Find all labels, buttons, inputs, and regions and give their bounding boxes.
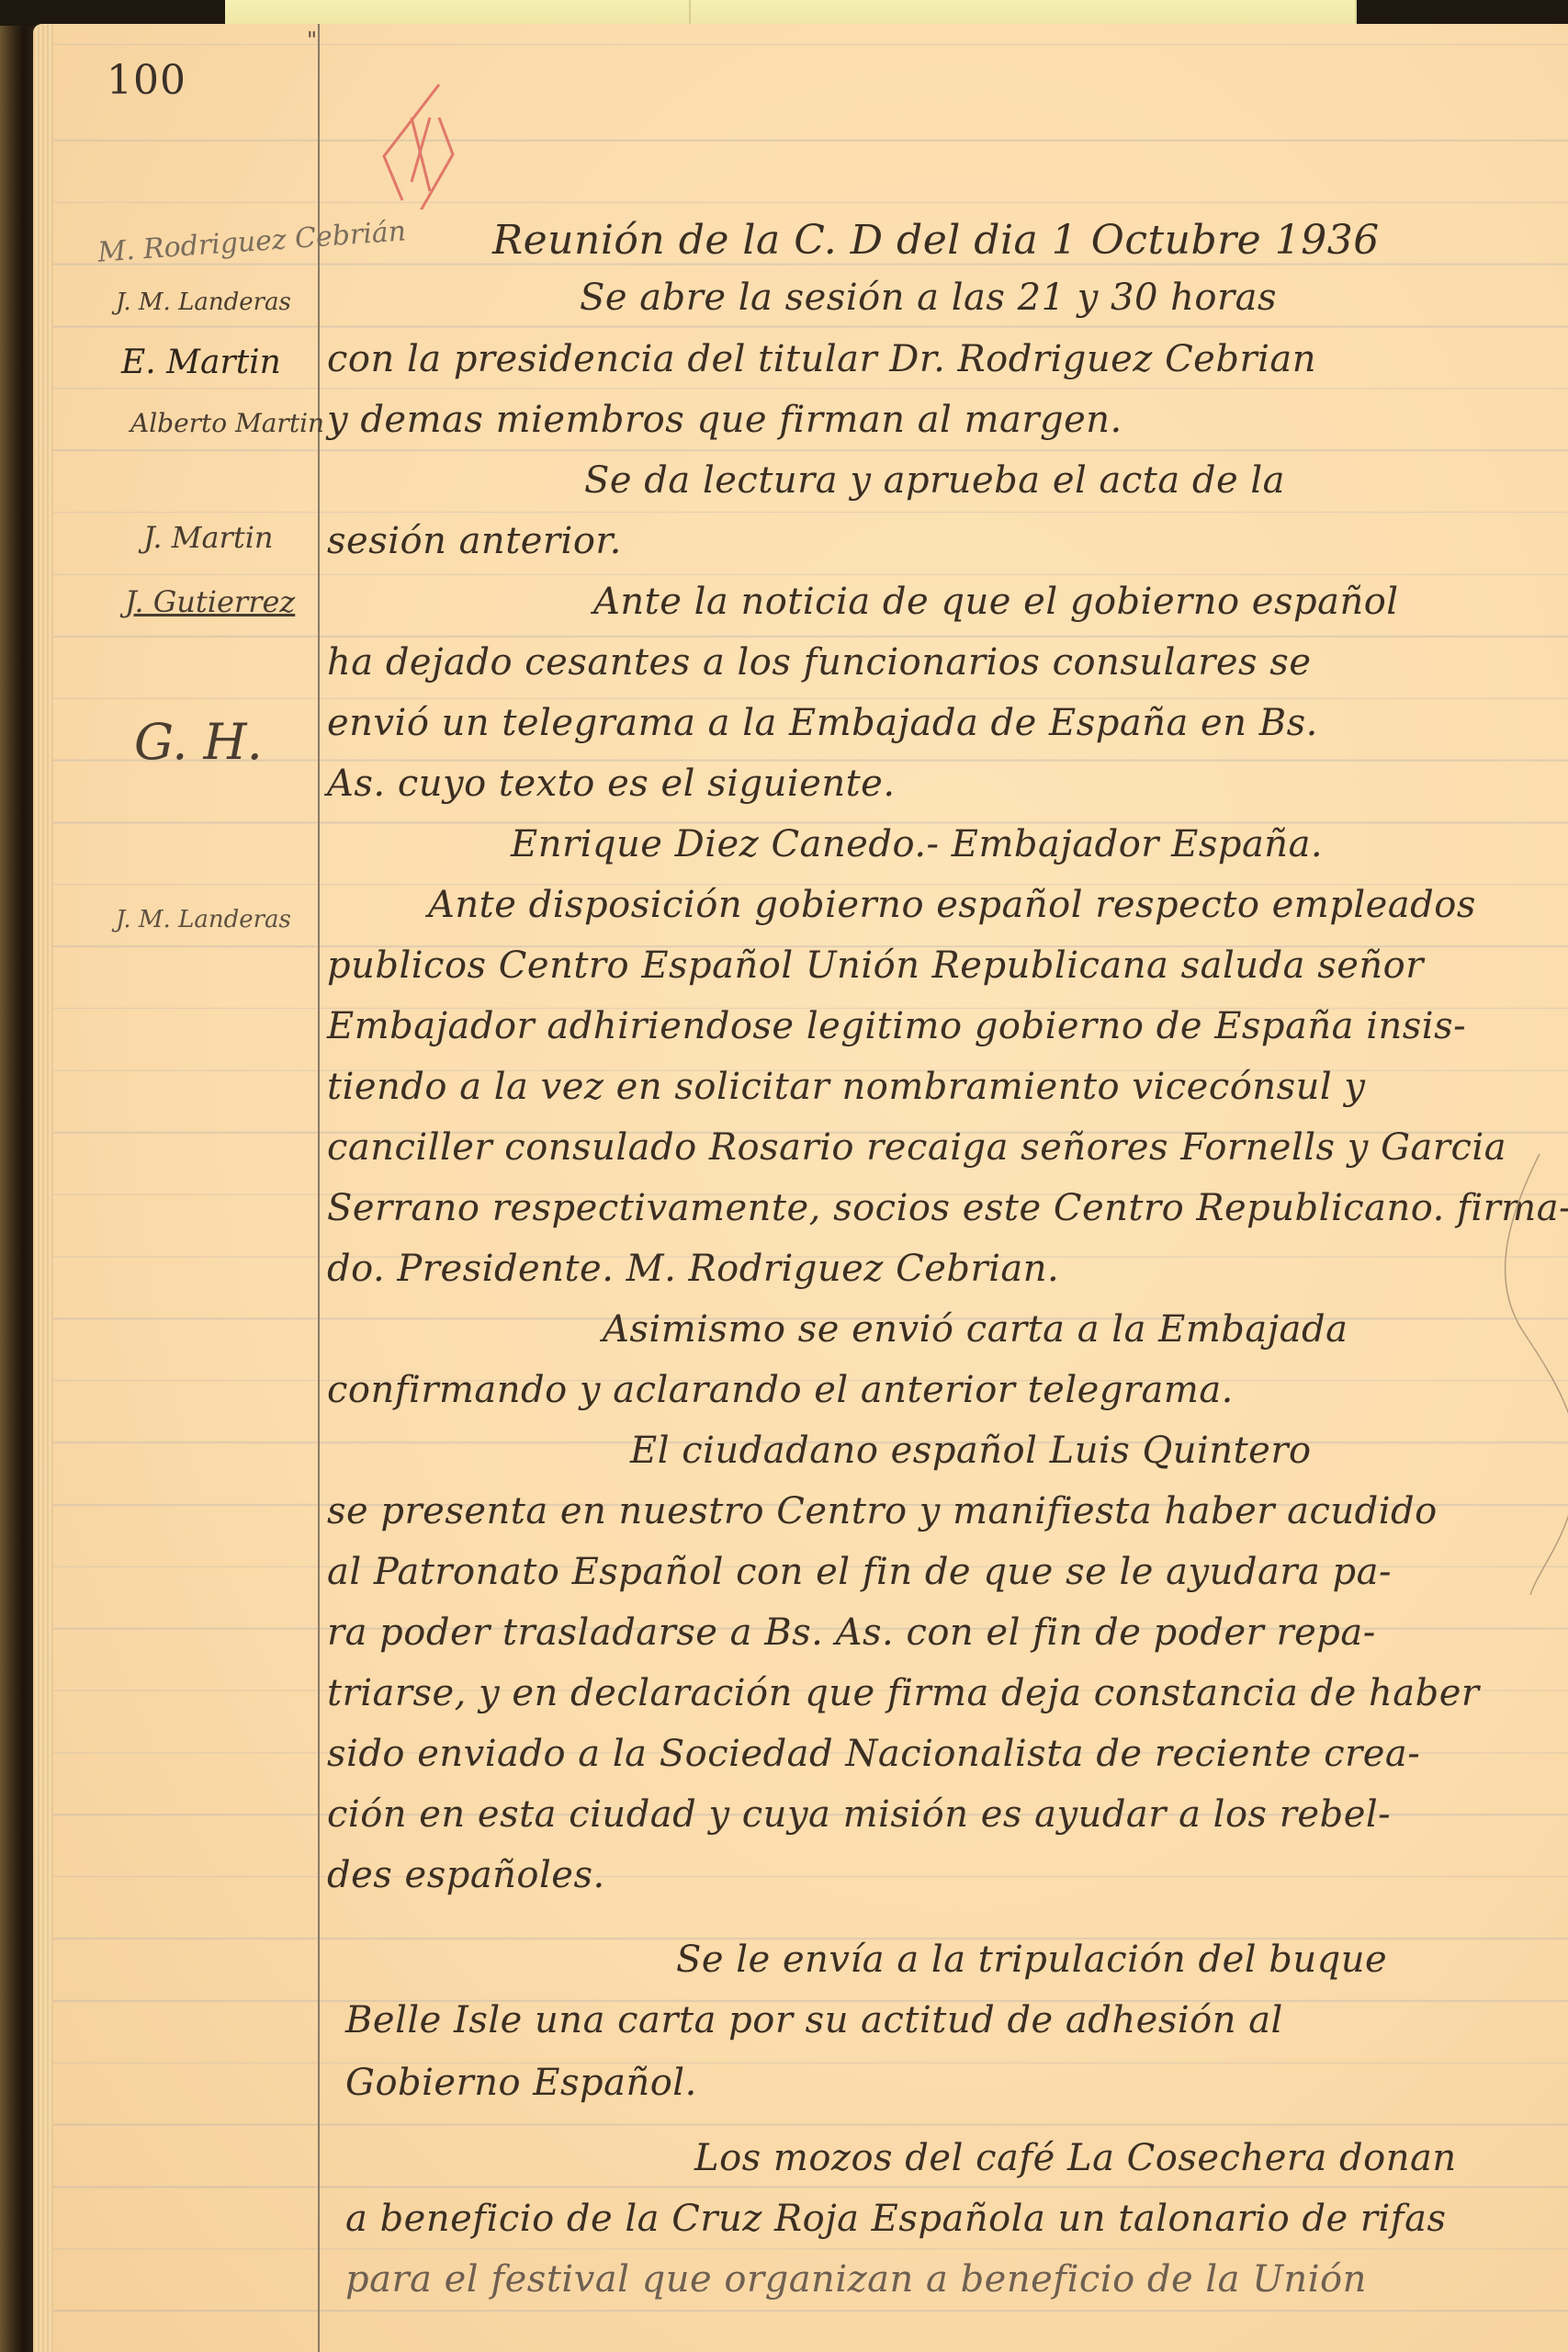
- background-strip: [0, 0, 1568, 26]
- minutes-line: Los mozos del café La Cosechera donan: [694, 2137, 1457, 2179]
- minutes-line: ción en esta ciudad y cuya misión es ayu…: [327, 1793, 1391, 1836]
- minutes-line: publicos Centro Español Unión Republican…: [327, 944, 1424, 987]
- minutes-title: Reunión de la C. D del dia 1 Octubre 193…: [492, 217, 1380, 264]
- book-binding-edge: [0, 0, 33, 2352]
- minutes-line: Gobierno Español.: [345, 2062, 697, 2104]
- minutes-line: sesión anterior.: [327, 520, 622, 562]
- minutes-line: des españoles.: [327, 1854, 605, 1896]
- stray-hair-mark: [1484, 1154, 1568, 1595]
- minutes-line: a beneficio de la Cruz Roja Española un …: [345, 2198, 1446, 2240]
- minutes-line: se presenta en nuestro Centro y manifies…: [327, 1490, 1438, 1532]
- minutes-line: Embajador adhiriendose legitimo gobierno…: [327, 1005, 1466, 1047]
- minutes-line: Ante disposición gobierno español respec…: [428, 884, 1476, 926]
- minutes-line: Se abre la sesión a las 21 y 30 horas: [580, 277, 1277, 319]
- sticky-note-fold: [689, 0, 691, 24]
- minutes-line: canciller consulado Rosario recaiga seño…: [327, 1126, 1506, 1169]
- minutes-line: Ante la noticia de que el gobierno españ…: [593, 581, 1399, 623]
- ledger-page: " 100 M. Rodriguez Cebrián J. M. Landera…: [33, 24, 1568, 2352]
- minutes-line: sido enviado a la Sociedad Nacionalista …: [327, 1733, 1420, 1775]
- minutes-line: Enrique Diez Canedo.- Embajador España.: [511, 823, 1323, 865]
- minutes-line: Se le envía a la tripulación del buque: [676, 1939, 1387, 1981]
- minutes-line: tiendo a la vez en solicitar nombramient…: [327, 1066, 1365, 1108]
- minutes-line: El ciudadano español Luis Quintero: [630, 1430, 1312, 1472]
- minutes-line: Asimismo se envió carta a la Embajada: [603, 1308, 1348, 1351]
- minutes-line: Serrano respectivamente, socios este Cen…: [327, 1187, 1568, 1229]
- minutes-line: do. Presidente. M. Rodriguez Cebrian.: [327, 1248, 1059, 1290]
- minutes-line: ha dejado cesantes a los funcionarios co…: [327, 641, 1312, 684]
- minutes-line: ra poder trasladarse a Bs. As. con el fi…: [327, 1611, 1376, 1654]
- minutes-line: con la presidencia del titular Dr. Rodri…: [327, 338, 1316, 380]
- minutes-line: al Patronato Español con el fin de que s…: [327, 1551, 1392, 1593]
- minutes-line: Belle Isle una carta por su actitud de a…: [345, 1999, 1283, 2041]
- minutes-line: As. cuyo texto es el siguiente.: [327, 763, 896, 805]
- minutes-line: envió un telegrama a la Embajada de Espa…: [327, 702, 1318, 744]
- minutes-line: y demas miembros que firman al margen.: [327, 399, 1122, 441]
- minutes-line: para el festival que organizan a benefic…: [345, 2258, 1367, 2301]
- minutes-line: Se da lectura y aprueba el acta de la: [584, 459, 1285, 502]
- minutes-body: Reunión de la C. D del dia 1 Octubre 193…: [33, 24, 1568, 2352]
- minutes-line: triarse, y en declaración que firma deja…: [327, 1672, 1480, 1714]
- sticky-note: [225, 0, 1357, 24]
- minutes-line: confirmando y aclarando el anterior tele…: [327, 1369, 1234, 1411]
